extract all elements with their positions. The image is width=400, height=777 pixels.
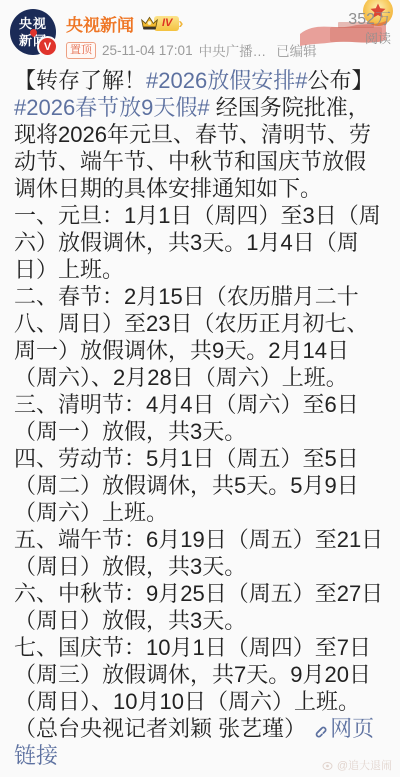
post-paragraph: 一、元旦：1月1日（周四）至3日（周六）放假调休，共3天。1月4日（周日）上班。 — [14, 202, 386, 283]
pinned-badge: 置顶 — [66, 42, 96, 59]
meta-row: 置顶 25-11-04 17:01 中央广播… 已编辑 — [66, 40, 386, 60]
avatar[interactable]: 央视 新闻 V — [10, 9, 56, 55]
post-text-segment: 一、元旦：1月1日（周四）至3日（周六）放假调休，共3天。1月4日（周日）上班。 — [14, 203, 381, 282]
post-paragraph: 五、端午节：6月19日（周五）至21日（周日）放假，共3天。 — [14, 526, 386, 580]
post-paragraph: 三、清明节：4月4日（周六）至6日（周一）放假，共3天。 — [14, 391, 386, 445]
hashtag-link[interactable]: #2026春节放9天假# — [14, 95, 210, 120]
weibo-post-card: 央视 新闻 V 央视新闻 IV › 置顶 25-11 — [0, 0, 400, 777]
verified-badge-icon: V — [37, 36, 58, 57]
paperclip-link-icon — [311, 722, 328, 739]
post-source[interactable]: 中央广播… — [199, 40, 267, 60]
post-text: 【转存了解！#2026放假安排#公布】#2026春节放9天假# 经国务院批准，现… — [0, 58, 400, 769]
account-name[interactable]: 央视新闻 — [66, 11, 134, 36]
post-header: 央视 新闻 V 央视新闻 IV › 置顶 25-11 — [0, 0, 400, 58]
post-text-segment: 五、端午节：6月19日（周五）至21日（周日）放假，共3天。 — [14, 527, 383, 579]
post-paragraph: 二、春节：2月15日（农历腊月二十八、周日）至23日（农历正月初七、周一）放假调… — [14, 283, 386, 391]
header-main: 央视新闻 IV › 置顶 25-11-04 17:01 中央广播… 已编辑 — [66, 12, 386, 60]
watermark: @追大退闹 — [322, 757, 392, 773]
chevron-right-icon: › — [178, 16, 183, 31]
watermark-text: @追大退闹 — [337, 757, 392, 773]
name-row: 央视新闻 IV › — [66, 12, 386, 34]
post-timestamp: 25-11-04 17:01 — [102, 43, 193, 58]
read-counter: 352万 阅读 — [348, 11, 391, 47]
read-count-value: 352万 — [348, 11, 391, 29]
post-text-segment: 七、国庆节：10月1日（周四）至7日（周三）放假调休，共7天。9月20日（周日）… — [14, 635, 371, 714]
weibo-eye-icon — [322, 760, 334, 770]
hashtag-link[interactable]: #2026放假安排# — [146, 68, 307, 93]
post-paragraph: 七、国庆节：10月1日（周四）至7日（周三）放假调休，共7天。9月20日（周日）… — [14, 634, 386, 715]
post-text-segment: 二、春节：2月15日（农历腊月二十八、周日）至23日（农历正月初七、周一）放假调… — [14, 284, 368, 390]
vip-badge[interactable]: IV › — [140, 15, 183, 31]
crown-icon — [140, 15, 159, 31]
post-text-segment: （总台央视记者刘颖 张艺瑾） — [14, 716, 306, 741]
post-text-segment: 六、中秋节：9月25日（周五）至27日（周日）放假，共3天。 — [14, 581, 383, 633]
read-count-label: 阅读 — [348, 31, 391, 47]
post-paragraph: 六、中秋节：9月25日（周五）至27日（周日）放假，共3天。 — [14, 580, 386, 634]
post-paragraph: 四、劳动节：5月1日（周五）至5日（周二）放假调休，共5天。5月9日（周六）上班… — [14, 445, 386, 526]
post-text-segment: 四、劳动节：5月1日（周五）至5日（周二）放假调休，共5天。5月9日（周六）上班… — [14, 446, 359, 525]
post-text-segment: 公布】 — [307, 68, 373, 93]
edited-label: 已编辑 — [276, 40, 317, 60]
post-text-segment: 三、清明节：4月4日（周六）至6日（周一）放假，共3天。 — [14, 392, 359, 444]
post-text-segment: 【转存了解！ — [14, 68, 146, 93]
post-paragraph: 【转存了解！#2026放假安排#公布】#2026春节放9天假# 经国务院批准，现… — [14, 67, 386, 202]
